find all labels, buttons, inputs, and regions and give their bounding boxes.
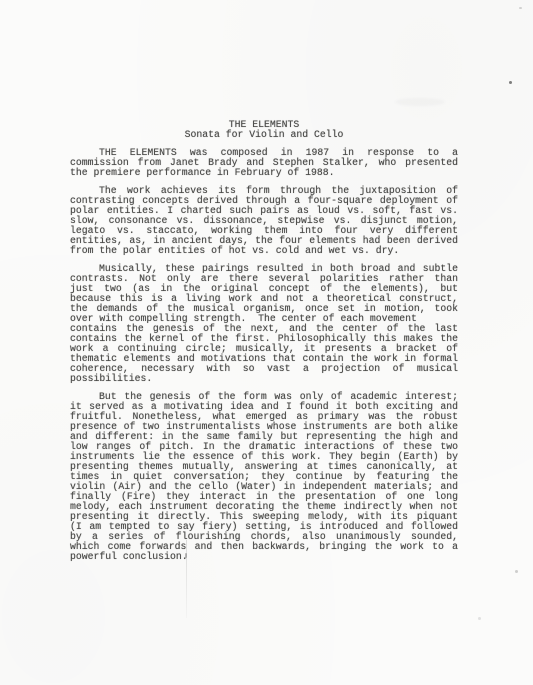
scan-speck [515, 570, 518, 573]
paragraph: The work achieves its form through the j… [70, 186, 458, 256]
text-line: the premiere performance in February of … [70, 168, 458, 178]
scan-speck [509, 81, 512, 84]
document-subtitle: Sonata for Violin and Cello [70, 130, 458, 140]
scanned-document-page: THE ELEMENTS Sonata for Violin and Cello… [0, 0, 533, 685]
paragraph: THE ELEMENTS was composed in 1987 in res… [70, 148, 458, 178]
scan-speck [478, 617, 481, 620]
paragraph: Musically, these pairings resulted in bo… [70, 264, 458, 384]
text-line: possibilities. [70, 374, 458, 384]
paragraph: But the genesis of the form was only of … [70, 392, 458, 562]
text-line: powerful conclusion. [70, 552, 458, 562]
document-body: THE ELEMENTS was composed in 1987 in res… [70, 148, 458, 562]
document-text-block: THE ELEMENTS Sonata for Violin and Cello… [70, 120, 458, 562]
scan-smudge [395, 98, 445, 106]
scan-speck [519, 7, 522, 9]
text-line: from the polar entities of hot vs. cold … [70, 246, 458, 256]
